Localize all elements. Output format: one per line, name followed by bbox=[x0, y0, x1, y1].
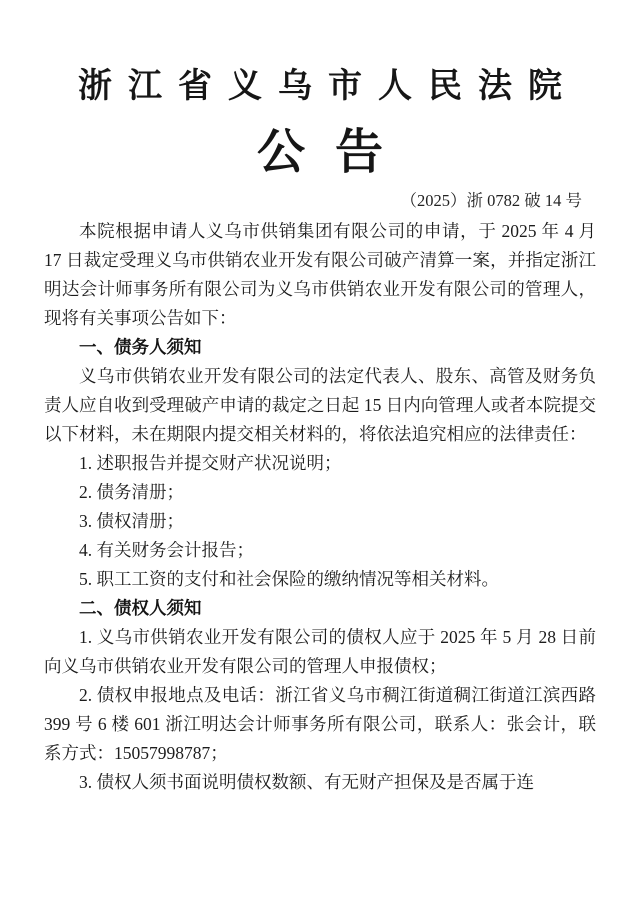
section-1-item-3: 3. 债权清册； bbox=[44, 507, 596, 536]
section-2-item-2: 2. 债权申报地点及电话：浙江省义乌市稠江街道稠江街道江滨西路 399 号 6 … bbox=[44, 681, 596, 768]
announcement-body: 本院根据申请人义乌市供销集团有限公司的申请，于 2025 年 4 月 17 日裁… bbox=[44, 217, 596, 797]
section-1-item-1: 1. 述职报告并提交财产状况说明； bbox=[44, 449, 596, 478]
section-2-item-1: 1. 义乌市供销农业开发有限公司的债权人应于 2025 年 5 月 28 日前向… bbox=[44, 623, 596, 681]
section-1-item-2: 2. 债务清册； bbox=[44, 478, 596, 507]
court-name-heading: 浙江省义乌市人民法院 bbox=[44, 58, 596, 107]
section-1-intro: 义乌市供销农业开发有限公司的法定代表人、股东、高管及财务负责人应自收到受理破产申… bbox=[44, 362, 596, 449]
section-1-item-4: 4. 有关财务会计报告； bbox=[44, 536, 596, 565]
section-2-heading: 二、债权人须知 bbox=[44, 594, 596, 623]
case-number: （2025）浙 0782 破 14 号 bbox=[44, 187, 596, 211]
section-2-item-3: 3. 债权人须书面说明债权数额、有无财产担保及是否属于连 bbox=[44, 768, 596, 797]
section-1-item-5: 5. 职工工资的支付和社会保险的缴纳情况等相关材料。 bbox=[44, 565, 596, 594]
announcement-title: 公告 bbox=[44, 129, 596, 177]
court-announcement-page: 浙江省义乌市人民法院 公告 （2025）浙 0782 破 14 号 本院根据申请… bbox=[0, 0, 640, 905]
section-1-heading: 一、债务人须知 bbox=[44, 333, 596, 362]
intro-paragraph: 本院根据申请人义乌市供销集团有限公司的申请，于 2025 年 4 月 17 日裁… bbox=[44, 217, 596, 333]
